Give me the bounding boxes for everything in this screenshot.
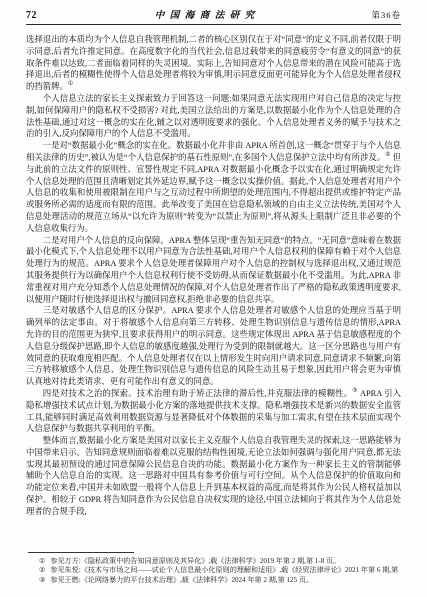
footnote-separator xyxy=(28,552,134,553)
footnote-item: ② 参见朱悦:《技术与市场之间——试论个人信息最小化原则的理解和适用》,载《经贸… xyxy=(26,566,401,576)
body-paragraph: 四是对技术之治的探索。技术治理有助于矫正法律的滞后性,并克服法律的模糊性。③ A… xyxy=(26,388,401,435)
page-number: 72 xyxy=(26,10,37,21)
body-paragraph: 个人信息立法的家长主义探索致力于回答这一问题:如果同意无法实现用户对自己信息的决… xyxy=(26,93,401,140)
body-paragraph: 三是对敏感个人信息的区分保护。APRA 要求个人信息处理者对敏感个人信息的处理应… xyxy=(26,305,401,388)
volume-label: 第36卷 xyxy=(371,9,401,21)
footnote-item: ① 参见万方:《隐私政策中的告知同意原则及其异化》,载《法律科学》2019 年第… xyxy=(26,557,401,567)
footnote-item: ③ 参见王燃:《论网络暴力的平台技术治理》,载《法律科学》2024 年第 2 期… xyxy=(26,576,401,586)
header-rule xyxy=(26,24,401,25)
body-paragraph: 整体而言,数据最小化方案是美国对以家长主义克服个人信息自我管理失灵的探索,这一思… xyxy=(26,435,401,518)
footnote-text: 参见万方:《隐私政策中的告知同意原则及其异化》,载《法律科学》2019 年第 2… xyxy=(50,557,401,567)
footnote-text: 参见朱悦:《技术与市场之间——试论个人信息最小化原则的理解和适用》,载《经贸法律… xyxy=(50,566,401,576)
article-body: 选择退出的本质均为个人信息自我管理机制,二者的核心区别仅在于对“同意”的定义不同… xyxy=(26,34,401,518)
body-paragraph: 二是对用户个人信息的反向保障。APRA 整体呈现“重告知无同意”的特点。“无同意… xyxy=(26,235,401,306)
body-paragraph: 选择退出的本质均为个人信息自我管理机制,二者的核心区别仅在于对“同意”的定义不同… xyxy=(26,34,401,93)
footnote-marker: ② xyxy=(39,566,45,576)
journal-title: 中国海商法研究 xyxy=(155,7,260,21)
footnote-marker: ① xyxy=(39,557,45,567)
body-paragraph: 一是对“数据最小化”概念的实在化。数据最小化并非由 APRA 所首创,这一概念“… xyxy=(26,140,401,234)
footnote-marker: ③ xyxy=(39,576,45,586)
footnote-text: 参见王燃:《论网络暴力的平台技术治理》,载《法律科学》2024 年第 2 期,第… xyxy=(50,576,401,586)
footnote-section: ① 参见万方:《隐私政策中的告知同意原则及其异化》,载《法律科学》2019 年第… xyxy=(26,552,401,586)
journal-page: 72 中国海商法研究 第36卷 选择退出的本质均为个人信息自我管理机制,二者的核… xyxy=(0,0,427,597)
page-header: 72 中国海商法研究 第36卷 xyxy=(26,7,401,21)
